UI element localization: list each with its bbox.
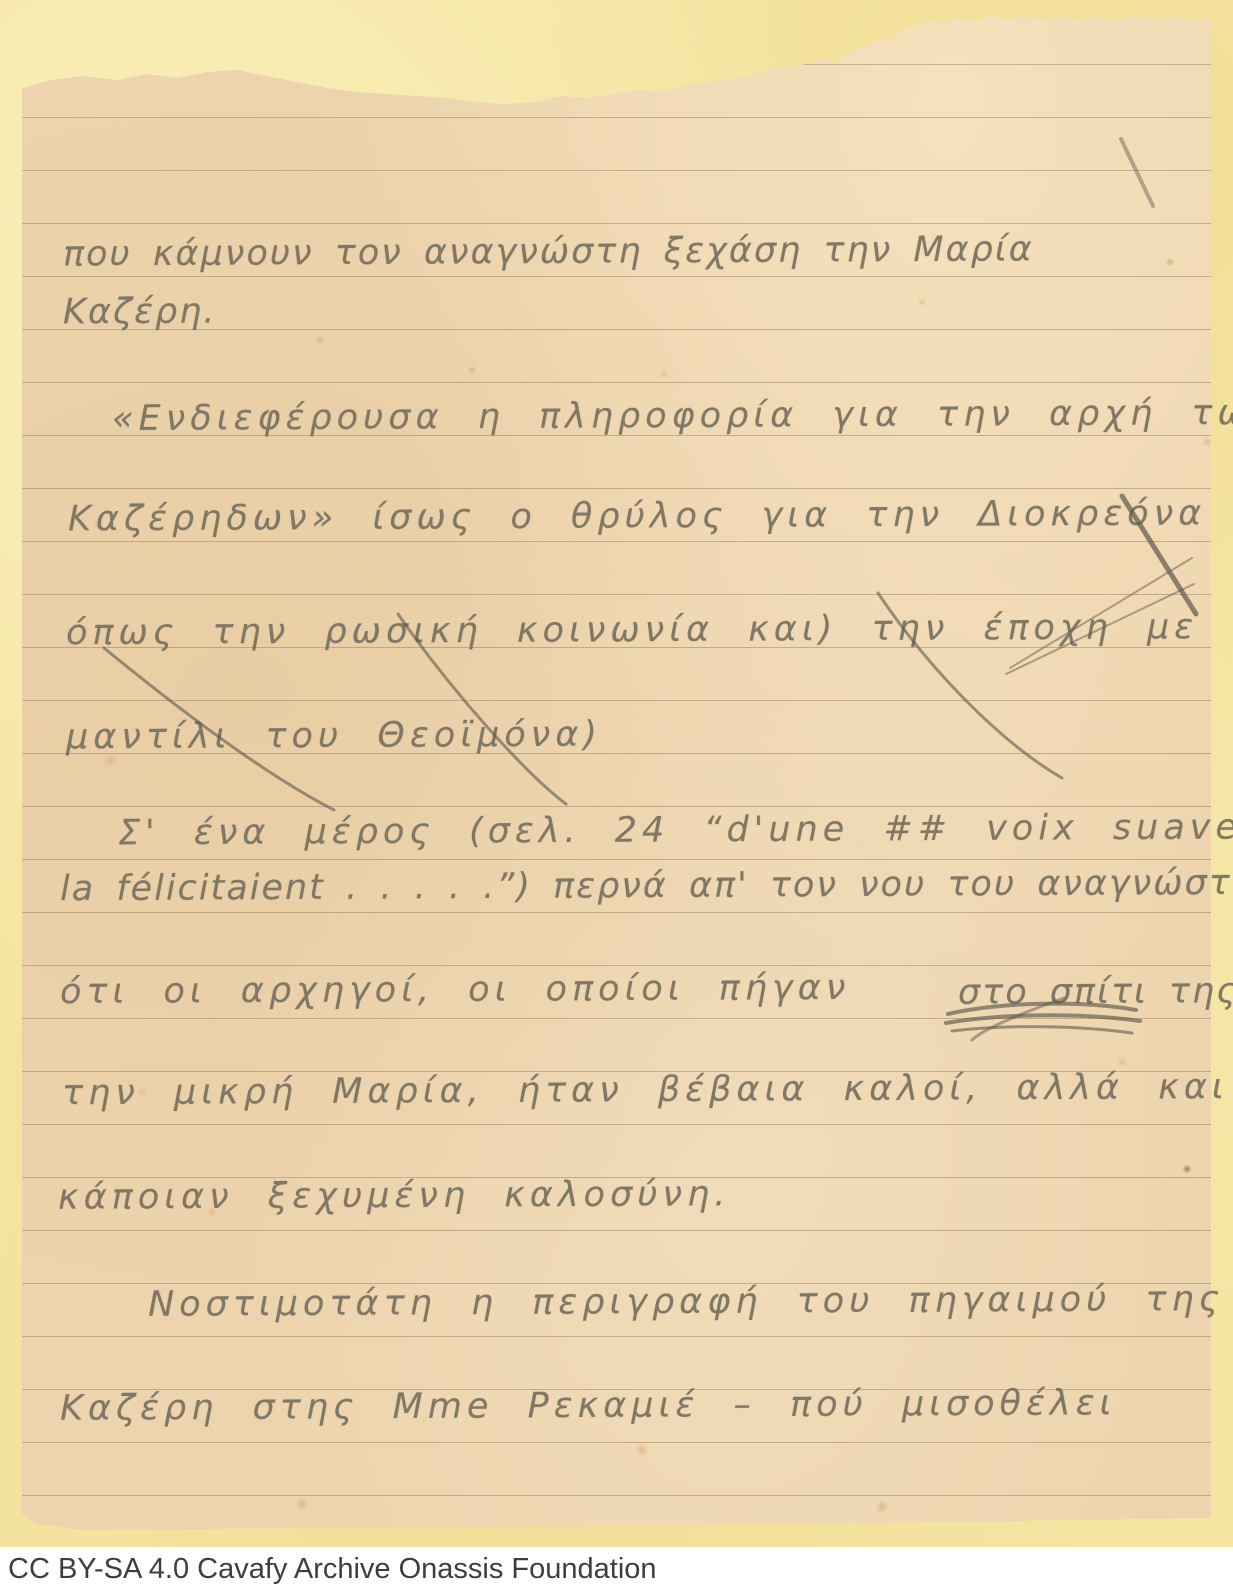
handwriting-line-11: κάποιαν ξεχυμένη καλοσύνη. [58, 1174, 731, 1218]
foxing-stains [0, 0, 4, 4]
handwriting-line-13: Καζέρη στης Μme Ρεκαμιέ – πού μισοθέλει [60, 1383, 1117, 1429]
handwriting-line-4: Καζέρηδων» ίσως ο θρύλος για την Διοκρεό… [68, 493, 1233, 540]
license-strip: CC BY-SA 4.0 Cavafy Archive Onassis Foun… [0, 1547, 1233, 1594]
handwriting-line-5: όπως την ρωσική κοινωνία και) την έποχη … [66, 607, 1233, 653]
handwriting-line-10: την μικρή Μαρία, ήταν βέβαια καλοί, αλλά… [62, 1067, 1233, 1114]
handwriting-line-2: Καζέρη. [63, 292, 217, 333]
handwriting-line-7: Σ' ένα μέρος (σελ. 24 “d'une ## voix sua… [118, 807, 1233, 854]
handwriting-line-12: Νοστιμοτάτη η περιγραφή του πηγαιμού της [148, 1279, 1224, 1325]
handwriting-line-9b: στο σπίτι της [958, 971, 1233, 1012]
handwriting-line-6: μαντίλι του Θεοϊμόνα) [66, 715, 602, 758]
handwriting-line-9a: ότι οι αρχηγοί, οι οποίοι πήγαν [60, 968, 851, 1012]
scanned-page-background: που κάμνουν τον αναγνώστη ξεχάση την Μαρ… [0, 0, 1233, 1594]
handwriting-line-3: «Ενδιεφέρουσα η πληροφορία για την αρχή … [112, 393, 1233, 439]
license-caption: CC BY-SA 4.0 Cavafy Archive Onassis Foun… [8, 1553, 657, 1586]
handwriting-line-8: la félicitaient . . . . .”) περνά απ' το… [60, 863, 1233, 909]
handwriting-line-1: που κάμνουν τον αναγνώστη ξεχάση την Μαρ… [63, 229, 1034, 274]
